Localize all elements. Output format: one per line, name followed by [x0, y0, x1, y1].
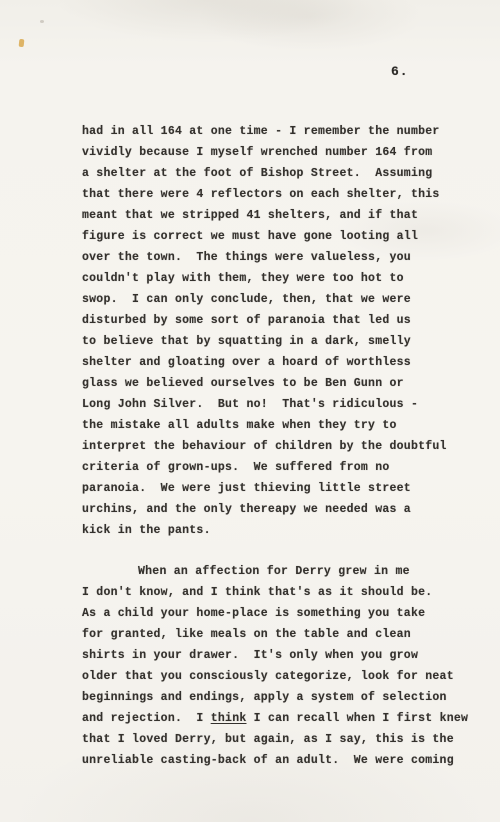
paper-smudge-mark	[40, 20, 44, 23]
text-line: swop. I can only conclude, then, that we…	[82, 289, 442, 310]
page-number: 6.	[391, 64, 409, 79]
text-line: urchins, and the only thereapy we needed…	[82, 499, 442, 520]
text-line: that there were 4 reflectors on each she…	[82, 184, 442, 205]
text-line: unreliable casting-back of an adult. We …	[82, 750, 442, 771]
text-line: I don't know, and I think that's as it s…	[82, 582, 442, 603]
text-line: When an affection for Derry grew in me	[82, 561, 442, 582]
text-line: to believe that by squatting in a dark, …	[82, 331, 442, 352]
text-line: disturbed by some sort of paranoia that …	[82, 310, 442, 331]
text-line: paranoia. We were just thieving little s…	[82, 478, 442, 499]
text-line: and rejection. I think I can recall when…	[82, 708, 442, 729]
text-line: vividly because I myself wrenched number…	[82, 142, 442, 163]
text-line: a shelter at the foot of Bishop Street. …	[82, 163, 442, 184]
paper-stain-mark	[19, 39, 25, 47]
paragraph: had in all 164 at one time - I remember …	[82, 121, 442, 541]
text-line: As a child your home-place is something …	[82, 603, 442, 624]
typed-text: had in all 164 at one time - I remember …	[82, 121, 442, 771]
text-line: the mistake all adults make when they tr…	[82, 415, 442, 436]
text-line: beginnings and endings, apply a system o…	[82, 687, 442, 708]
text-line: meant that we stripped 41 shelters, and …	[82, 205, 442, 226]
text-line: criteria of grown-ups. We suffered from …	[82, 457, 442, 478]
text-line: figure is correct we must have gone loot…	[82, 226, 442, 247]
text-line: for granted, like meals on the table and…	[82, 624, 442, 645]
text-line: glass we believed ourselves to be Ben Gu…	[82, 373, 442, 394]
text-line: shelter and gloating over a hoard of wor…	[82, 352, 442, 373]
text-line: Long John Silver. But no! That's ridicul…	[82, 394, 442, 415]
text-line: that I loved Derry, but again, as I say,…	[82, 729, 442, 750]
text-line: over the town. The things were valueless…	[82, 247, 442, 268]
document-page: 6. had in all 164 at one time - I rememb…	[0, 0, 500, 822]
text-line: interpret the behaviour of children by t…	[82, 436, 442, 457]
text-line: older that you consciously categorize, l…	[82, 666, 442, 687]
text-line: couldn't play with them, they were too h…	[82, 268, 442, 289]
paragraph: When an affection for Derry grew in meI …	[82, 561, 442, 771]
text-line: kick in the pants.	[82, 520, 442, 541]
underlined-word: think	[211, 712, 247, 725]
text-line: had in all 164 at one time - I remember …	[82, 121, 442, 142]
text-line: shirts in your drawer. It's only when yo…	[82, 645, 442, 666]
